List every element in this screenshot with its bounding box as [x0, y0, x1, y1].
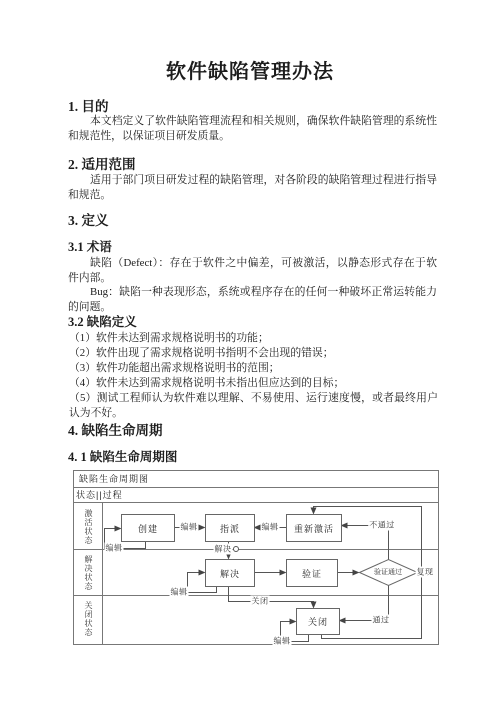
list-item: （3）软件功能超出需求规格说明书的范围； — [69, 361, 438, 376]
heading-scope: 2. 适用范围 — [68, 153, 438, 173]
edge-label-edit: 编辑 — [273, 636, 292, 647]
heading-defect-definition: 3.2 缺陷定义 — [68, 312, 438, 330]
heading-lifecycle-diagram: 4. 1 缺陷生命周期图 — [68, 447, 438, 465]
node-create: 创建 — [121, 514, 175, 542]
heading-definition: 3. 定义 — [68, 209, 438, 229]
node-verify-label: 验证 — [302, 567, 322, 580]
heading-lifecycle: 4. 缺陷生命周期 — [68, 419, 438, 439]
lifecycle-diagram: 缺陷生命周期图 状态||过程 激活状态 解决状态 关闭状态 — [73, 470, 439, 645]
heading-terms: 3.1 术语 — [68, 237, 438, 255]
edge-label-edit: 编辑 — [105, 543, 124, 554]
list-item: （1）软件未达到需求规格说明书的功能； — [69, 331, 438, 346]
list-item: （2）软件出现了需求规格说明书指明不会出现的错误； — [69, 346, 438, 361]
list-item: （4）软件未达到需求规格说明书未指出但应达到的目标； — [69, 376, 438, 391]
document-title: 软件缺陷管理办法 — [0, 55, 500, 84]
defect-definition-list: （1）软件未达到需求规格说明书的功能； （2）软件出现了需求规格说明书指明不会出… — [69, 331, 438, 421]
edge-label-fail: 不通过 — [368, 520, 396, 531]
node-assign: 指派 — [205, 514, 255, 542]
node-verify: 验证 — [286, 559, 338, 587]
edge-label-pass: 通过 — [372, 615, 391, 626]
node-resolve: 解决 — [205, 559, 255, 587]
document-page: 软件缺陷管理办法 1. 目的 本文档定义了软件缺陷管理流程和相关规则，确保软件缺… — [0, 0, 500, 707]
paragraph-defect: 缺陷（Defect）：存在于软件之中偏差，可被激活，以静态形式存在于软件内部。 — [68, 256, 437, 286]
connector-dot — [233, 546, 239, 552]
list-item: （5）测试工程师认为软件难以理解、不易使用、运行速度慢，或者最终用户认为不好。 — [69, 391, 438, 421]
heading-purpose: 1. 目的 — [68, 95, 438, 115]
node-create-label: 创建 — [138, 522, 158, 535]
edge-label-solve: 解决 — [214, 544, 233, 555]
paragraph-scope: 适用于部门项目研发过程的缺陷管理，对各阶段的缺陷管理过程进行指导和规范。 — [68, 173, 437, 203]
node-assign-label: 指派 — [220, 522, 240, 535]
edge-label-close: 关闭 — [251, 596, 270, 607]
node-close: 关闭 — [296, 608, 340, 635]
node-reactivate-label: 重新激活 — [294, 522, 334, 535]
node-close-label: 关闭 — [308, 615, 328, 628]
edge-label-reproduce: 复现 — [416, 567, 435, 578]
edge-label-edit: 编辑 — [180, 522, 199, 533]
paragraph-bug: Bug：缺陷一种表现形态，系统或程序存在的任何一种破坏正常运转能力的问题。 — [68, 285, 437, 315]
node-resolve-label: 解决 — [220, 567, 240, 580]
decision-verify-pass-label: 验证通过 — [374, 567, 402, 577]
paragraph-purpose: 本文档定义了软件缺陷管理流程和相关规则，确保软件缺陷管理的系统性和规范性，以保证… — [68, 114, 437, 144]
node-reactivate: 重新激活 — [286, 514, 342, 542]
edge-label-edit: 编辑 — [170, 587, 189, 598]
edge-label-edit: 编辑 — [261, 522, 280, 533]
